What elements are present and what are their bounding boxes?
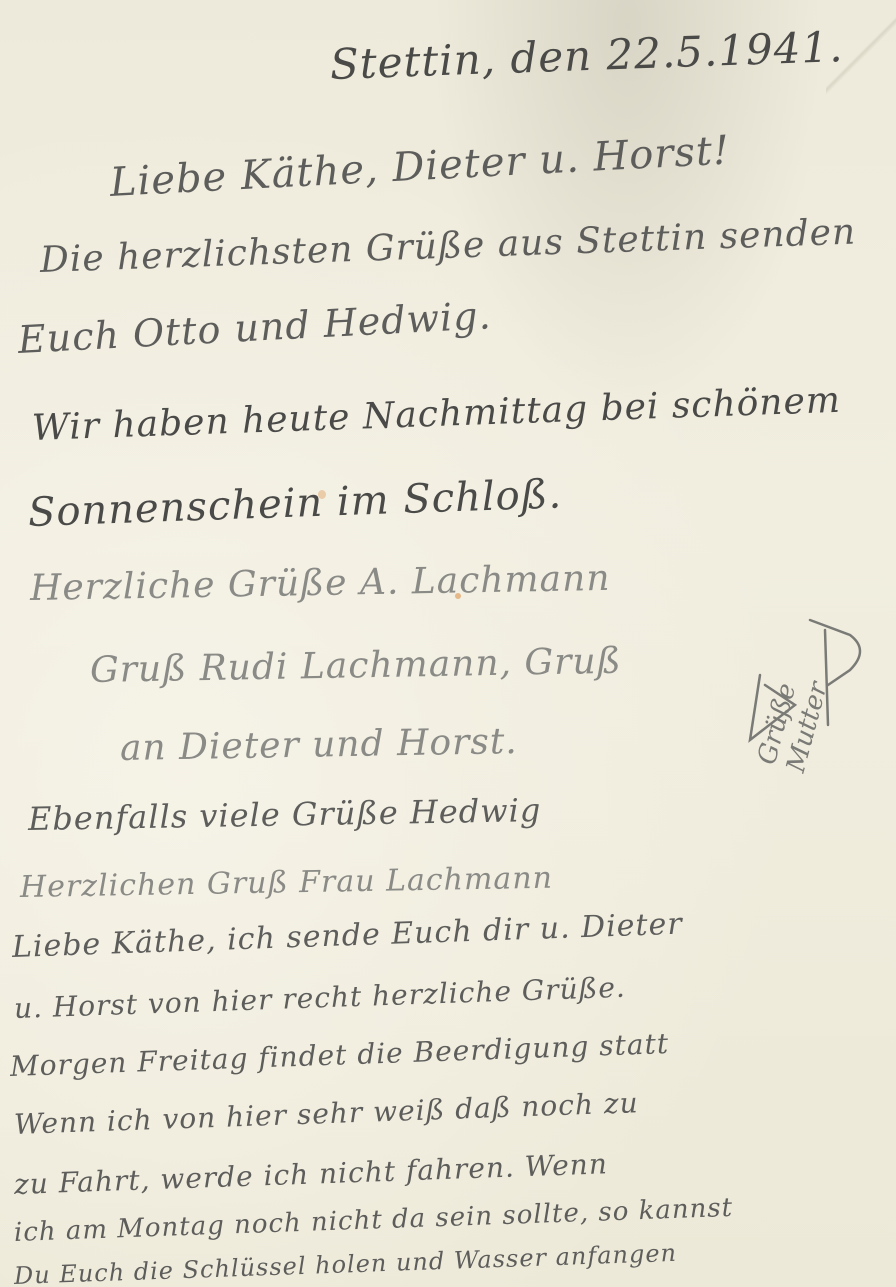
letter-line: Herzliche Grüße A. Lachmann xyxy=(30,558,611,609)
letter-line: Liebe Käthe, ich sende Euch dir u. Diete… xyxy=(11,907,683,965)
letter-line: Wir haben heute Nachmittag bei schönem xyxy=(31,380,841,449)
letter-line: Die herzlichsten Grüße aus Stettin sende… xyxy=(39,212,857,281)
letter-line: Morgen Freitag findet die Beerdigung sta… xyxy=(9,1027,669,1083)
letter-line: zu Fahrt, werde ich nicht fahren. Wenn xyxy=(13,1147,608,1201)
place-date: Stettin, den 22.5.1941. xyxy=(329,22,844,89)
letter-line: Euch Otto und Hedwig. xyxy=(17,293,493,362)
letter-line: Wenn ich von hier sehr weiß daß noch zu xyxy=(13,1086,639,1141)
letter-line: an Dieter und Horst. xyxy=(120,721,518,769)
letter-line: Herzlichen Gruß Frau Lachmann xyxy=(20,861,554,905)
letter-page: Stettin, den 22.5.1941. Liebe Käthe, Die… xyxy=(0,0,896,1287)
letter-line: Sonnenschein im Schloß. xyxy=(27,471,563,536)
letter-line: Ebenfalls viele Grüße Hedwig xyxy=(28,791,542,838)
salutation: Liebe Käthe, Dieter u. Horst! xyxy=(109,128,731,206)
letter-line: u. Horst von hier recht herzliche Grüße. xyxy=(13,971,626,1025)
letter-line: Gruß Rudi Lachmann, Gruß xyxy=(90,641,622,691)
letter-line: Du Euch die Schlüssel holen und Wasser a… xyxy=(14,1239,678,1287)
